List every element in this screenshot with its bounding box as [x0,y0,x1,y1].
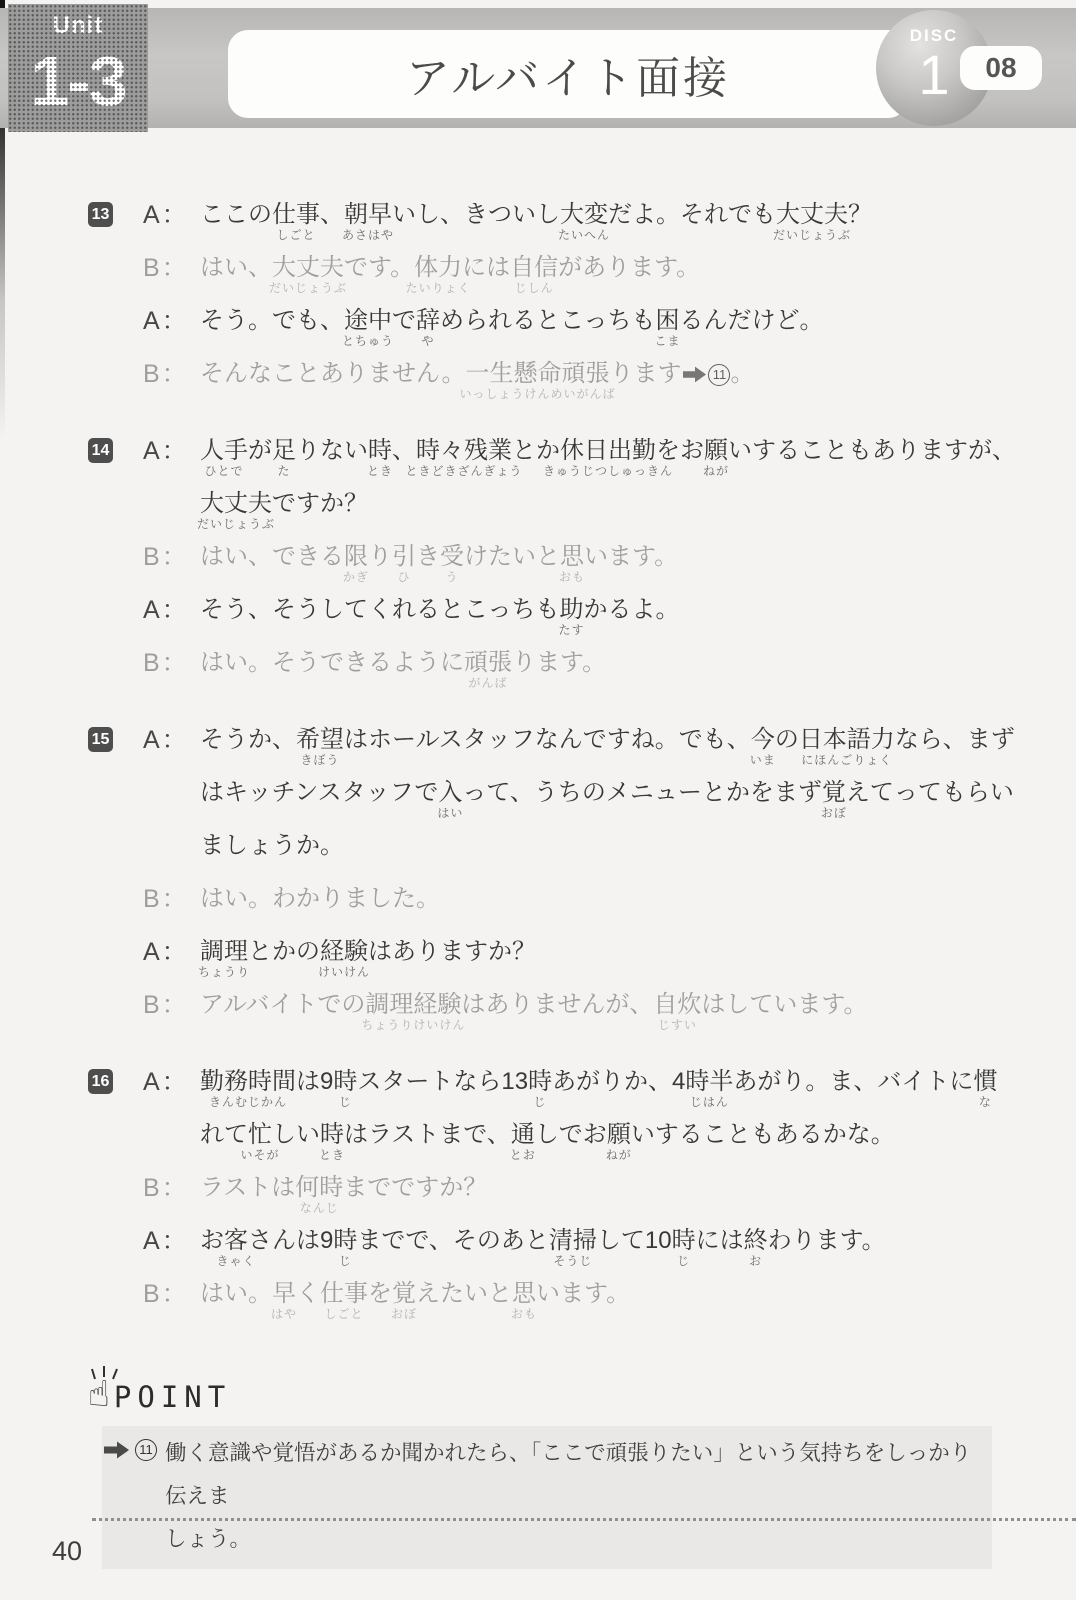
badge-cell: 14 [88,436,143,463]
dialogue-row: B：はい。早はやく仕事しごとを覚おぼえたいと思おもいます。 [88,1279,1068,1332]
furigana: じはん [690,1096,729,1108]
text-segment: とか [512,436,560,466]
text-segment: く [296,1279,320,1309]
text-segment: を [368,1279,392,1309]
speaker-label: A： [143,200,200,230]
dialogue-row: 16A：勤務時間きんむじかんは9時じスタートなら13時じあがりか、4時半じはんあ… [88,1067,1068,1120]
text-segment: 日本語力にほんごりょく [799,725,895,755]
furigana: いま [750,754,776,766]
furigana: こま [655,335,681,347]
furigana: がんば [468,677,507,689]
speaker-label: A： [143,725,200,755]
text-segment: 時じ [672,1226,696,1256]
text-segment: 清掃そうじ [549,1226,597,1256]
dialogue-text: はい、大丈夫だいじょうぶです。体力たいりょくには自信じしんがあります。 [200,253,700,283]
track-number-pill: 08 [960,46,1042,90]
text-segment: は9 [296,1067,333,1097]
badge-cell [88,778,143,780]
unit-number: 1-3 [8,40,148,122]
text-segment: 願ねが [607,1120,631,1150]
text-segment: れて [200,1120,248,1150]
text-segment: います。 [584,542,678,572]
page-title: アルバイト面接 [406,42,730,106]
text-segment: 朝早あさはや [344,200,392,230]
point-label: POINT [114,1380,231,1414]
furigana: ねが [703,465,729,477]
dialogue-14: 14A：人手ひとでが足たりない時とき、時々残業ときどきざんぎょうとか休日出勤きゅ… [88,436,1068,701]
note-text-line1: 働く意識や覚悟があるか聞かれたら、「ここで頑張りたい」という気持ちをしっかり伝え… [165,1432,986,1518]
text-segment: はい。 [200,1279,272,1309]
text-segment: お [200,1226,224,1256]
text-segment: はありませんが、 [461,990,653,1020]
furigana: いそが [240,1149,279,1161]
dialogue-text: はい。早はやく仕事しごとを覚おぼえたいと思おもいます。 [200,1279,630,1309]
text-segment: の [775,725,799,755]
furigana: かぎ [343,571,369,583]
dialogue-text: 調理ちょうりとかの経験けいけんはありますか？ [200,937,536,967]
text-segment: 時じ [333,1067,357,1097]
text-segment: 時とき [320,1120,344,1150]
furigana: きんむじかん [209,1096,287,1108]
text-segment: 体力たいりょく [414,253,462,283]
title-banner: アルバイト面接 [228,30,908,118]
furigana: ちょうりけいけん [361,1019,465,1031]
dialogue-row: A：調理ちょうりとかの経験けいけんはありますか？ [88,937,1068,990]
arrow-right-icon [683,366,707,383]
badge-cell [88,884,143,886]
furigana: とちゅう [342,335,394,347]
text-segment: 頑張がんば [464,648,512,678]
text-segment: 大丈夫だいじょうぶ [272,253,344,283]
speaker-label: B： [143,542,200,572]
text-segment: があります。 [558,253,700,283]
text-segment: までですか？ [343,1173,487,1203]
speaker-label: B： [143,990,200,1020]
speaker-label: B： [143,359,200,389]
text-segment: 勤務時間きんむじかん [200,1067,296,1097]
text-segment: だよ。それでも [608,200,776,230]
furigana: おも [511,1308,537,1320]
dialogue-text: そう、そうしてくれるとこっちも助たすかるよ。 [200,595,680,625]
speaker-label: B： [143,253,200,283]
text-segment: 時々残業ときどきざんぎょう [416,436,512,466]
text-segment: 時半じはん [685,1067,733,1097]
dialogue-text: 勤務時間きんむじかんは9時じスタートなら13時じあがりか、4時半じはんあがり。ま… [200,1067,997,1097]
text-segment: いすることもありますが、 [728,436,1016,466]
text-segment: 慣な [973,1067,997,1097]
dialogue-row: 15A：そうか、希望きぼうはホールスタッフなんですね。でも、今いまの日本語力にほ… [88,725,1068,778]
furigana: なんじ [300,1202,339,1214]
furigana: う [445,571,458,583]
textbook-page: Unit 1-3 アルバイト面接 DISC 1 08 13A：ここの仕事しごと、… [0,0,1076,1600]
furigana: ときどきざんぎょう [405,465,522,477]
text-segment: しでお [535,1120,607,1150]
text-segment: あがりか、4 [552,1067,685,1097]
text-segment: 大変たいへん [560,200,608,230]
note-marker: 11 [104,1439,157,1461]
text-segment: そうか、 [200,725,296,755]
badge-cell [88,831,143,833]
furigana: じ [677,1255,690,1267]
text-segment: 休日出勤きゅうじつしゅっきん [560,436,656,466]
dialogue-row: B：はい。わかりました。 [88,884,1068,937]
furigana: きぼう [300,754,339,766]
note-text: 働く意識や覚悟があるか聞かれたら、「ここで頑張りたい」という気持ちをしっかり伝え… [165,1432,986,1561]
text-segment: をお [656,436,704,466]
text-segment: 時じ [333,1226,357,1256]
dialogue-row: A：そう、そうしてくれるとこっちも助たすかるよ。 [88,595,1068,648]
dialogue-list: 13A：ここの仕事しごと、朝早あさはやいし、きついし大変たいへんだよ。それでも大… [88,200,1068,1356]
text-segment: って、うちのメニューとかをまず [462,778,822,808]
furigana: だいじょうぶ [197,518,275,530]
text-segment: です。 [344,253,414,283]
furigana: ねが [606,1149,632,1161]
furigana: はや [271,1308,297,1320]
text-segment: 何時なんじ [295,1173,343,1203]
dialogue-row: A：そう。でも、途中とちゅうで辞やめられるとこっちも困こまるんだけど。 [88,306,1068,359]
page-number: 40 [52,1536,82,1567]
badge-cell: 13 [88,200,143,227]
text-segment: ります。 [512,648,606,678]
furigana: とお [510,1149,536,1161]
badge-cell [88,1120,143,1122]
text-segment: 人手ひとで [200,436,248,466]
dialogue-row: B：はい、できる限かぎり引ひき受うけたいと思おもいます。 [88,542,1068,595]
furigana: だいじょうぶ [269,282,347,294]
text-segment: められるとこっちも [440,306,656,336]
text-segment: なら、まず [895,725,1015,755]
text-segment: はありますか？ [368,937,536,967]
text-segment: 調理ちょうり [200,937,248,967]
text-segment: 忙いそが [248,1120,272,1150]
badge-cell [88,489,143,491]
dialogue-text: れて忙いそがしい時ときはラストまで、通とおしでお願ねがいすることもあるかな。 [200,1120,895,1150]
dialogue-row: A：お客きゃくさんは9時じまでで、そのあと清掃そうじして10時じには終おわります… [88,1226,1068,1279]
dialogue-number-badge: 14 [88,438,113,463]
furigana: とき [367,465,393,477]
badge-cell [88,1279,143,1281]
dialogue-row: B：アルバイトでの調理経験ちょうりけいけんはありませんが、自炊じすいはしています… [88,990,1068,1043]
text-segment: 助たす [560,595,584,625]
text-segment: 客きゃく [224,1226,248,1256]
furigana: そうじ [553,1255,592,1267]
text-segment: 足た [272,436,296,466]
text-segment: ですか？ [272,489,368,519]
dialogue-text: ラストは何時なんじまでですか？ [200,1173,487,1203]
text-segment: で [392,306,416,336]
dialogue-text: はい。そうできるように頑張がんばります。 [200,648,606,678]
furigana: おも [559,571,585,583]
furigana: とき [319,1149,345,1161]
unit-label: Unit [8,12,148,40]
text-segment: り [368,542,392,572]
dialogue-row: B：そんなことありません。一生懸命頑張いっしょうけんめいがんばります11。 [88,359,1068,412]
pointing-hand-icon: ☝ [88,1374,110,1414]
text-segment: 思おも [512,1279,536,1309]
text-segment: えたいと [416,1279,512,1309]
dialogue-number-badge: 16 [88,1069,113,1094]
text-segment: ましょうか。 [200,831,344,861]
text-segment: アルバイトでの [200,990,365,1020]
text-segment: るんだけど。 [680,306,824,336]
furigana: はい [437,807,463,819]
dialogue-number-badge: 13 [88,202,113,227]
text-segment: には [696,1226,744,1256]
speaker-label: A： [143,1067,200,1097]
text-segment: 思おも [560,542,584,572]
dialogue-row: B：はい、大丈夫だいじょうぶです。体力たいりょくには自信じしんがあります。 [88,253,1068,306]
text-segment: ラストは [200,1173,295,1203]
furigana: きゅうじつしゅっきん [543,465,673,477]
text-segment: 仕事しごと [320,1279,368,1309]
text-segment: 引ひ [392,542,416,572]
note-number: 11 [135,1439,157,1461]
text-segment: はキッチンスタッフで [200,778,438,808]
text-segment: 願ねが [704,436,728,466]
speaker-label: A： [143,595,200,625]
text-segment: 受う [440,542,464,572]
badge-cell [88,359,143,361]
text-segment: して10 [597,1226,672,1256]
furigana: だいじょうぶ [773,229,851,241]
text-segment: かるよ。 [584,595,680,625]
text-segment: ここの [200,200,272,230]
text-segment: 時とき [368,436,392,466]
badge-cell [88,1173,143,1175]
text-segment: しい [272,1120,320,1150]
dialogue-text: そう。でも、途中とちゅうで辞やめられるとこっちも困こまるんだけど。 [200,306,824,336]
unit-badge: Unit 1-3 [8,4,148,132]
dialogue-number-badge: 15 [88,727,113,752]
text-segment: えてってもらい [846,778,1014,808]
dialogue-row: 14A：人手ひとでが足たりない時とき、時々残業ときどきざんぎょうとか休日出勤きゅ… [88,436,1068,489]
furigana: や [421,335,434,347]
dialogue-row: れて忙いそがしい時ときはラストまで、通とおしでお願ねがいすることもあるかな。 [88,1120,1068,1173]
speaker-label: B： [143,1279,200,1309]
badge-cell [88,648,143,650]
text-segment: 仕事しごと [272,200,320,230]
text-segment: ります [609,359,681,389]
furigana: おぼ [391,1308,417,1320]
text-segment: はホールスタッフなんですね。でも、 [344,725,751,755]
furigana: ひとで [204,465,243,477]
text-segment: 自信じしん [510,253,558,283]
text-segment: スタートなら13 [357,1067,528,1097]
badge-cell: 15 [88,725,143,752]
badge-cell [88,542,143,544]
text-segment: あがり。ま、バイトに [733,1067,973,1097]
text-segment: 途中とちゅう [344,306,392,336]
text-segment: 終お [744,1226,768,1256]
text-segment: が [248,436,272,466]
text-segment: とかの [248,937,320,967]
dialogue-row: ましょうか。 [88,831,1068,884]
point-heading: ☝ POINT [88,1374,231,1414]
text-segment: 限かぎ [344,542,368,572]
text-segment: います。 [536,1279,630,1309]
text-segment: 通とお [511,1120,535,1150]
dialogue-row: B：はい。そうできるように頑張がんばります。 [88,648,1068,701]
furigana: じしん [515,282,554,294]
text-segment: 早はや [272,1279,296,1309]
point-note: 11 働く意識や覚悟があるか聞かれたら、「ここで頑張りたい」という気持ちをしっか… [102,1426,992,1569]
text-segment: 覚おぼ [822,778,846,808]
furigana: じ [339,1255,352,1267]
furigana: おぼ [821,807,847,819]
text-segment: 、 [320,200,344,230]
furigana: たす [559,624,585,636]
dialogue-text: お客きゃくさんは9時じまでで、そのあと清掃そうじして10時じには終おわります。 [200,1226,886,1256]
furigana: ひ [397,571,410,583]
text-segment: 大丈夫だいじょうぶ [200,489,272,519]
text-segment: 困こま [656,306,680,336]
dialogue-text: ここの仕事しごと、朝早あさはやいし、きついし大変たいへんだよ。それでも大丈夫だい… [200,200,872,230]
text-segment: 今いま [751,725,775,755]
furigana: たいりょく [406,282,471,294]
text-segment: そんなことありません。 [200,359,465,389]
text-segment: いし、きついし [392,200,560,230]
dialogue-text: はキッチンスタッフで入はいって、うちのメニューとかをまず覚おぼえてってもらい [200,778,1014,808]
text-segment: き [416,542,440,572]
track-number: 08 [985,52,1016,84]
dialogue-row: 13A：ここの仕事しごと、朝早あさはやいし、きついし大変たいへんだよ。それでも大… [88,200,1068,253]
dotted-separator [92,1518,1076,1521]
speaker-label: A： [143,1226,200,1256]
dialogue-15: 15A：そうか、希望きぼうはホールスタッフなんですね。でも、今いまの日本語力にほ… [88,725,1068,1043]
reference-number: 11 [708,364,730,386]
text-segment: はラストまで、 [344,1120,511,1150]
speaker-label: A： [143,306,200,336]
dialogue-text: はい。わかりました。 [200,884,440,914]
text-segment: 、 [392,436,416,466]
furigana: しごと [276,229,315,241]
text-segment: はい。そうできるように [200,648,464,678]
furigana: にほんごりょく [801,754,892,766]
text-segment: そう、そうしてくれるとこっちも [200,595,560,625]
speaker-label: B： [143,648,200,678]
badge-cell [88,937,143,939]
text-segment: はい。わかりました。 [200,884,440,914]
dialogue-row: はキッチンスタッフで入はいって、うちのメニューとかをまず覚おぼえてってもらい [88,778,1068,831]
speaker-label: B： [143,1173,200,1203]
furigana: たいへん [558,229,610,241]
text-segment: には [462,253,510,283]
furigana: ちょうり [198,966,250,978]
text-segment: までで、そのあと [357,1226,549,1256]
badge-cell [88,595,143,597]
text-segment: 調理経験ちょうりけいけん [365,990,461,1020]
text-segment: けたいと [464,542,560,572]
speaker-label: B： [143,884,200,914]
text-segment: はしています。 [701,990,867,1020]
dialogue-text: ましょうか。 [200,831,344,861]
furigana: しごと [324,1308,363,1320]
reference-marker: 11 [683,359,730,389]
text-segment: 辞や [416,306,440,336]
text-segment: 。 [730,359,754,389]
badge-cell [88,306,143,308]
text-segment: 大丈夫だいじょうぶ [776,200,848,230]
furigana: あさはや [342,229,394,241]
furigana: た [277,465,290,477]
dialogue-text: 大丈夫だいじょうぶですか？ [200,489,368,519]
text-segment: りない [296,436,368,466]
dialogue-row: 大丈夫だいじょうぶですか？ [88,489,1068,542]
text-segment: 入はい [438,778,462,808]
dialogue-row: B：ラストは何時なんじまでですか？ [88,1173,1068,1226]
dialogue-16: 16A：勤務時間きんむじかんは9時じスタートなら13時じあがりか、4時半じはんあ… [88,1067,1068,1332]
text-segment: 一生懸命頑張いっしょうけんめいがんば [465,359,609,389]
text-segment: 経験けいけん [320,937,368,967]
badge-cell [88,1226,143,1228]
furigana: じ [339,1096,352,1108]
text-segment: そう。でも、 [200,306,344,336]
text-segment: ？ [848,200,872,230]
furigana: じすい [658,1019,697,1031]
text-segment: はい、 [200,253,272,283]
furigana: きゃく [216,1255,255,1267]
text-segment: いすることもあるかな。 [631,1120,895,1150]
text-segment: はい、できる [200,542,344,572]
text-segment: 覚おぼ [392,1279,416,1309]
dialogue-text: 人手ひとでが足たりない時とき、時々残業ときどきざんぎょうとか休日出勤きゅうじつし… [200,436,1016,466]
speaker-label: A： [143,436,200,466]
badge-cell: 16 [88,1067,143,1094]
text-segment: わります。 [768,1226,886,1256]
dialogue-text: そうか、希望きぼうはホールスタッフなんですね。でも、今いまの日本語力にほんごりょ… [200,725,1015,755]
text-segment: さんは9 [248,1226,333,1256]
dialogue-text: アルバイトでの調理経験ちょうりけいけんはありませんが、自炊じすいはしています。 [200,990,867,1020]
furigana: じ [534,1096,547,1108]
furigana: いっしょうけんめいがんば [459,388,615,400]
arrow-right-icon [104,1441,130,1459]
dialogue-13: 13A：ここの仕事しごと、朝早あさはやいし、きついし大変たいへんだよ。それでも大… [88,200,1068,412]
note-text-line2: しょう。 [165,1518,986,1561]
furigana: けいけん [318,966,370,978]
text-segment: 時じ [528,1067,552,1097]
badge-cell [88,990,143,992]
speaker-label: A： [143,937,200,967]
dialogue-text: そんなことありません。一生懸命頑張いっしょうけんめいがんばります11。 [200,359,754,389]
text-segment: 希望きぼう [296,725,344,755]
text-segment: 自炊じすい [653,990,701,1020]
furigana: な [979,1096,992,1108]
dialogue-text: はい、できる限かぎり引ひき受うけたいと思おもいます。 [200,542,678,572]
furigana: お [749,1255,762,1267]
badge-cell [88,253,143,255]
